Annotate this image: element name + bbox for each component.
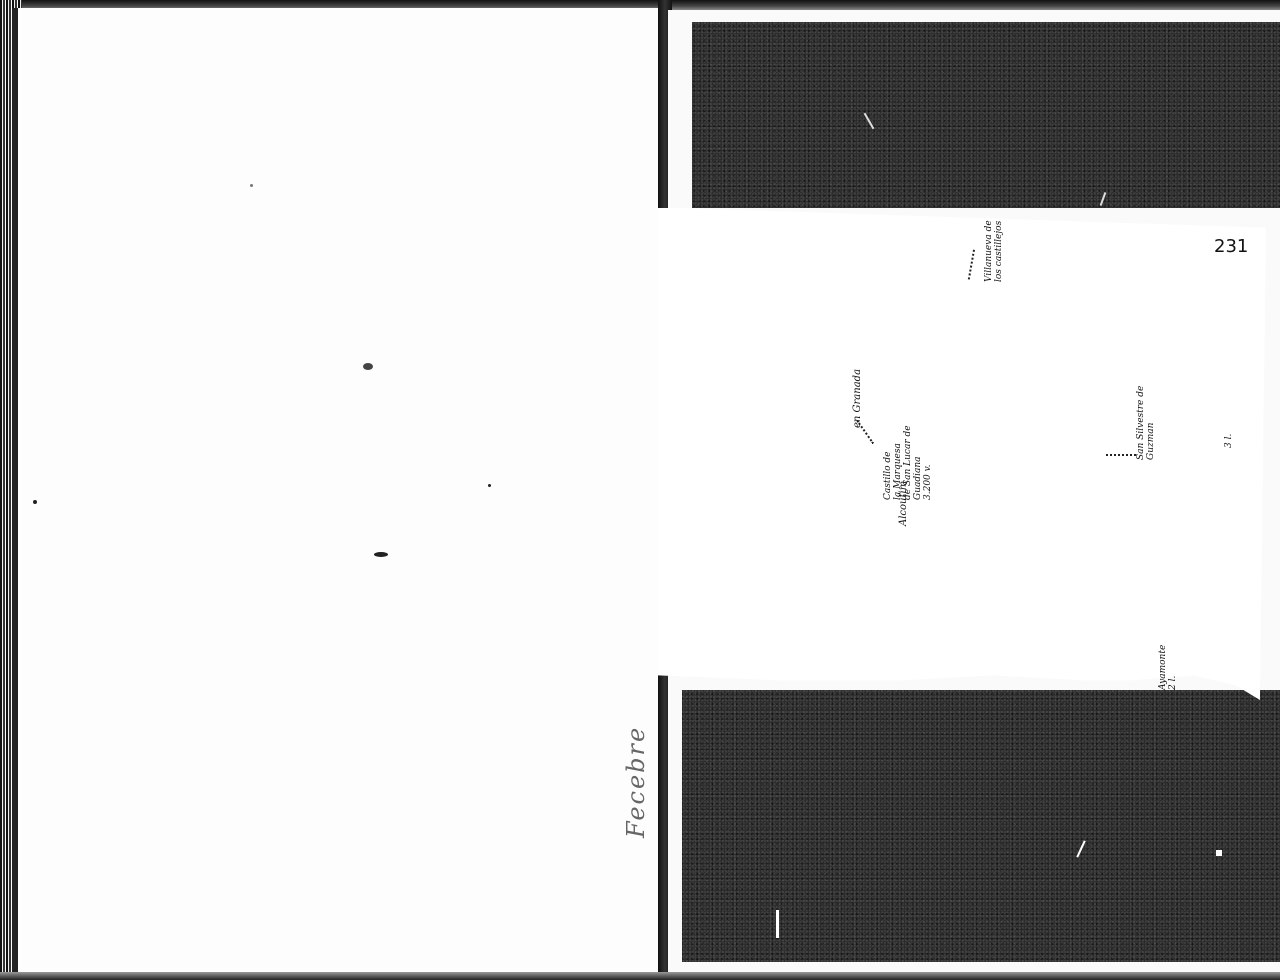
dotted-route	[1106, 454, 1136, 456]
book-bottom-edge	[0, 972, 1280, 980]
ink-blot	[363, 363, 373, 370]
page-edge-strip	[672, 680, 682, 970]
ink-blot	[374, 552, 388, 557]
map-sheet	[658, 208, 1266, 700]
dark-backing-bottom	[680, 690, 1280, 962]
page-number: 231	[1214, 236, 1248, 257]
ink-speck	[488, 484, 491, 487]
dark-backing-top	[692, 22, 1280, 208]
map-label-alcoutim: Alcoutim	[898, 481, 909, 526]
ink-speck	[250, 184, 253, 187]
map-label-silvestre: San Silvestre de Guzman	[1136, 386, 1156, 460]
map-label-villanueva: Villanueva de los castillejos	[984, 220, 1004, 282]
margin-note: Fecebre	[622, 726, 650, 838]
ink-speck	[33, 500, 37, 504]
map-label-ayamonte: Ayamonte 2 l.	[1158, 645, 1178, 690]
map-label-distance: 3 l.	[1224, 434, 1235, 448]
left-page: Fecebre	[12, 8, 666, 974]
